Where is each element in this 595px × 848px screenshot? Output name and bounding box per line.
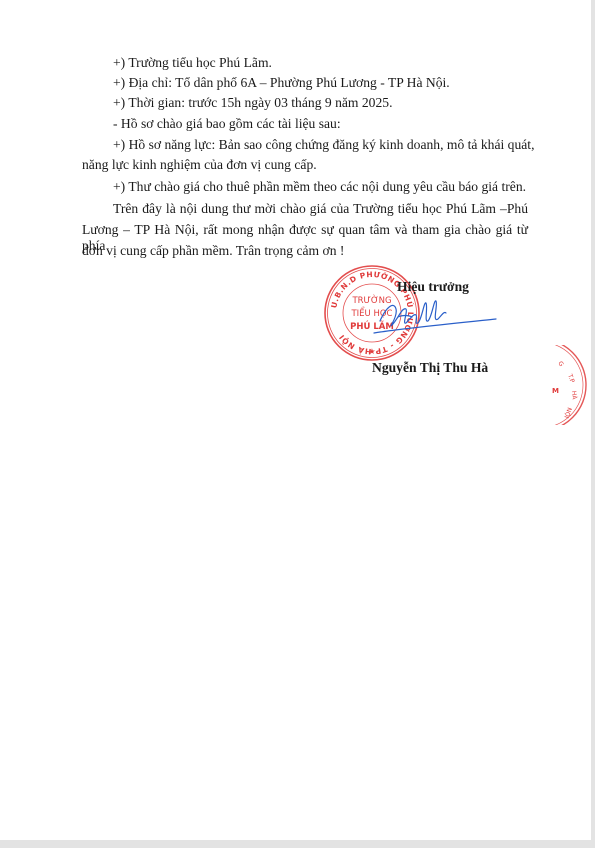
signer-name: Nguyễn Thị Thu Hà xyxy=(372,360,488,376)
info-address-line: +) Địa chỉ: Tổ dân phố 6A – Phường Phú L… xyxy=(113,75,450,91)
edge-seal-stamp: T.P HÀ NỘI G M xyxy=(540,345,591,425)
capacity-line-2: năng lực kinh nghiệm của đơn vị cung cấp… xyxy=(82,157,317,173)
info-deadline-line: +) Thời gian: trước 15h ngày 03 tháng 9 … xyxy=(113,95,392,111)
svg-text:M: M xyxy=(552,387,559,395)
handwritten-signature xyxy=(368,295,498,345)
info-school-line: +) Trường tiểu học Phú Lãm. xyxy=(113,55,272,71)
signature-title: Hiệu trưởng xyxy=(397,279,469,295)
document-page: +) Trường tiểu học Phú Lãm. +) Địa chỉ: … xyxy=(0,0,591,840)
stamp-star-icon: ★ xyxy=(368,347,375,356)
quote-line: +) Thư chào giá cho thuê phần mềm theo c… xyxy=(113,179,526,195)
capacity-line-1: +) Hồ sơ năng lực: Bản sao công chứng đă… xyxy=(113,137,528,153)
svg-text:G: G xyxy=(556,360,565,368)
closing-line-1: Trên đây là nội dung thư mời chào giá củ… xyxy=(113,201,528,217)
svg-text:HÀ: HÀ xyxy=(570,391,578,401)
closing-line-3: đơn vị cung cấp phần mềm. Trân trọng cảm… xyxy=(82,243,344,259)
dossier-heading: - Hồ sơ chào giá bao gồm các tài liệu sa… xyxy=(113,116,341,132)
svg-text:T.P: T.P xyxy=(566,372,576,384)
svg-text:NỘI: NỘI xyxy=(562,406,572,419)
